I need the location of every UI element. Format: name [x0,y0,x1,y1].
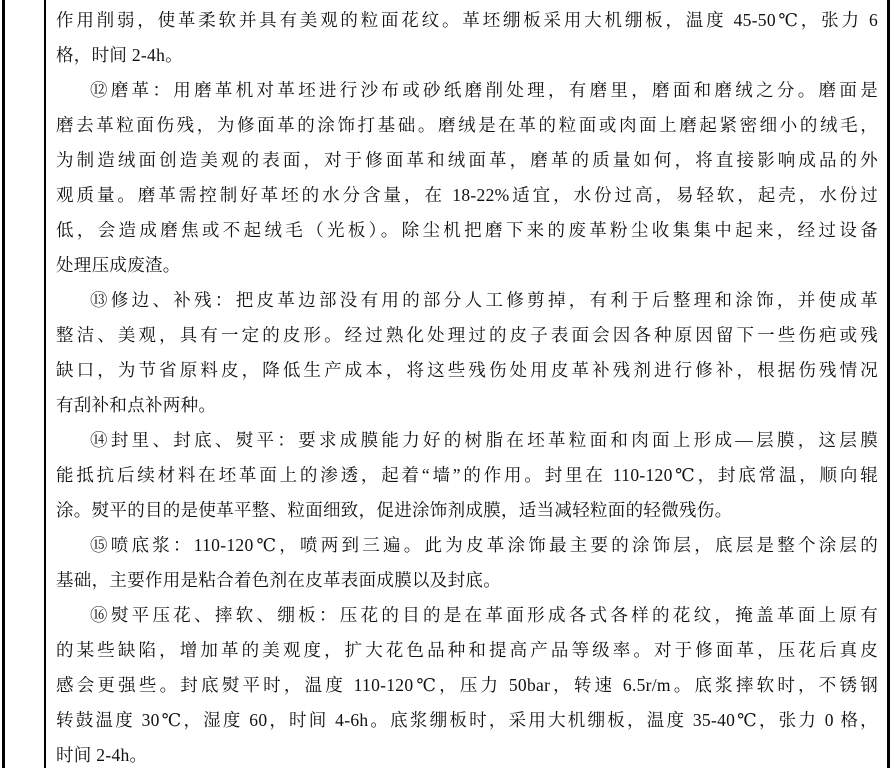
text-line: 缺口，为节省原料皮，降低生产成本，将这些残伤处用皮革补残剂进行修补，根据伤残情况 [56,353,878,388]
paragraph-first-line: ⑯熨平压花、摔软、绷板：压花的目的是在革面形成各式各样的花纹，掩盖革面上原有 [90,598,878,633]
text-line: 格，时间 2-4h。 [56,38,183,73]
text-line: 作用削弱，使革柔软并具有美观的粒面花纹。革坯绷板采用大机绷板，温度 45-50℃… [56,3,878,38]
text-line: 处理压成废渣。 [56,248,181,283]
text-line: 转鼓温度 30℃，湿度 60，时间 4-6h。底浆绷板时，采用大机绷板，温度 3… [56,703,878,738]
text-line: 基础，主要作用是粘合着色剂在皮革表面成膜以及封底。 [56,563,501,598]
content-cell: 作用削弱，使革柔软并具有美观的粒面花纹。革坯绷板采用大机绷板，温度 45-50℃… [56,0,878,768]
text-line: 能抵抗后续材料在坯革面上的渗透，起着“墙”的作用。封里在 110-120℃，封底… [56,458,878,493]
paragraph-first-line: ⑫磨革：用磨革机对革坯进行沙布或砂纸磨削处理，有磨里，磨面和磨绒之分。磨面是 [90,73,878,108]
text-line: 有刮补和点补两种。 [56,388,216,423]
text-line: 低，会造成磨焦或不起绒毛（光板）。除尘机把磨下来的废革粉尘收集集中起来，经过设备 [56,213,878,248]
text-line: 时间 2-4h。 [56,738,147,768]
text-line: 感会更强些。封底熨平时，温度 110-120℃，压力 50bar，转速 6.5r… [56,668,878,703]
text-line: 观质量。磨革需控制好革坯的水分含量，在 18-22%适宜，水份过高，易轻软，起壳… [56,178,878,213]
text-line: 为制造绒面创造美观的表面，对于修面革和绒面革，磨革的质量如何，将直接影响成品的外 [56,143,878,178]
paragraph-first-line: ⑮喷底浆：110-120℃，喷两到三遍。此为皮革涂饰最主要的涂饰层，底层是整个涂… [90,528,878,563]
column-divider [44,0,46,768]
text-line: 整洁、美观，具有一定的皮形。经过熟化处理过的皮子表面会因各种原因留下一些伤疤或残 [56,318,878,353]
left-label-cell [5,0,44,768]
text-line: 涂。熨平的目的是使革平整、粒面细致，促进涂饰剂成膜，适当减轻粒面的轻微残伤。 [56,493,732,528]
text-line: 的某些缺陷，增加革的美观度，扩大花色品种和提高产品等级率。对于修面革，压花后真皮 [56,633,878,668]
paragraph-first-line: ⑬修边、补残：把皮革边部没有用的部分人工修剪掉，有利于后整理和涂饰，并使成革 [90,283,878,318]
text-line: 磨去革粒面伤残，为修面革的涂饰打基础。磨绒是在革的粒面或肉面上磨起紧密细小的绒毛… [56,108,878,143]
paragraph-first-line: ⑭封里、封底、熨平：要求成膜能力好的树脂在坯革粒面和肉面上形成—层膜，这层膜 [90,423,878,458]
